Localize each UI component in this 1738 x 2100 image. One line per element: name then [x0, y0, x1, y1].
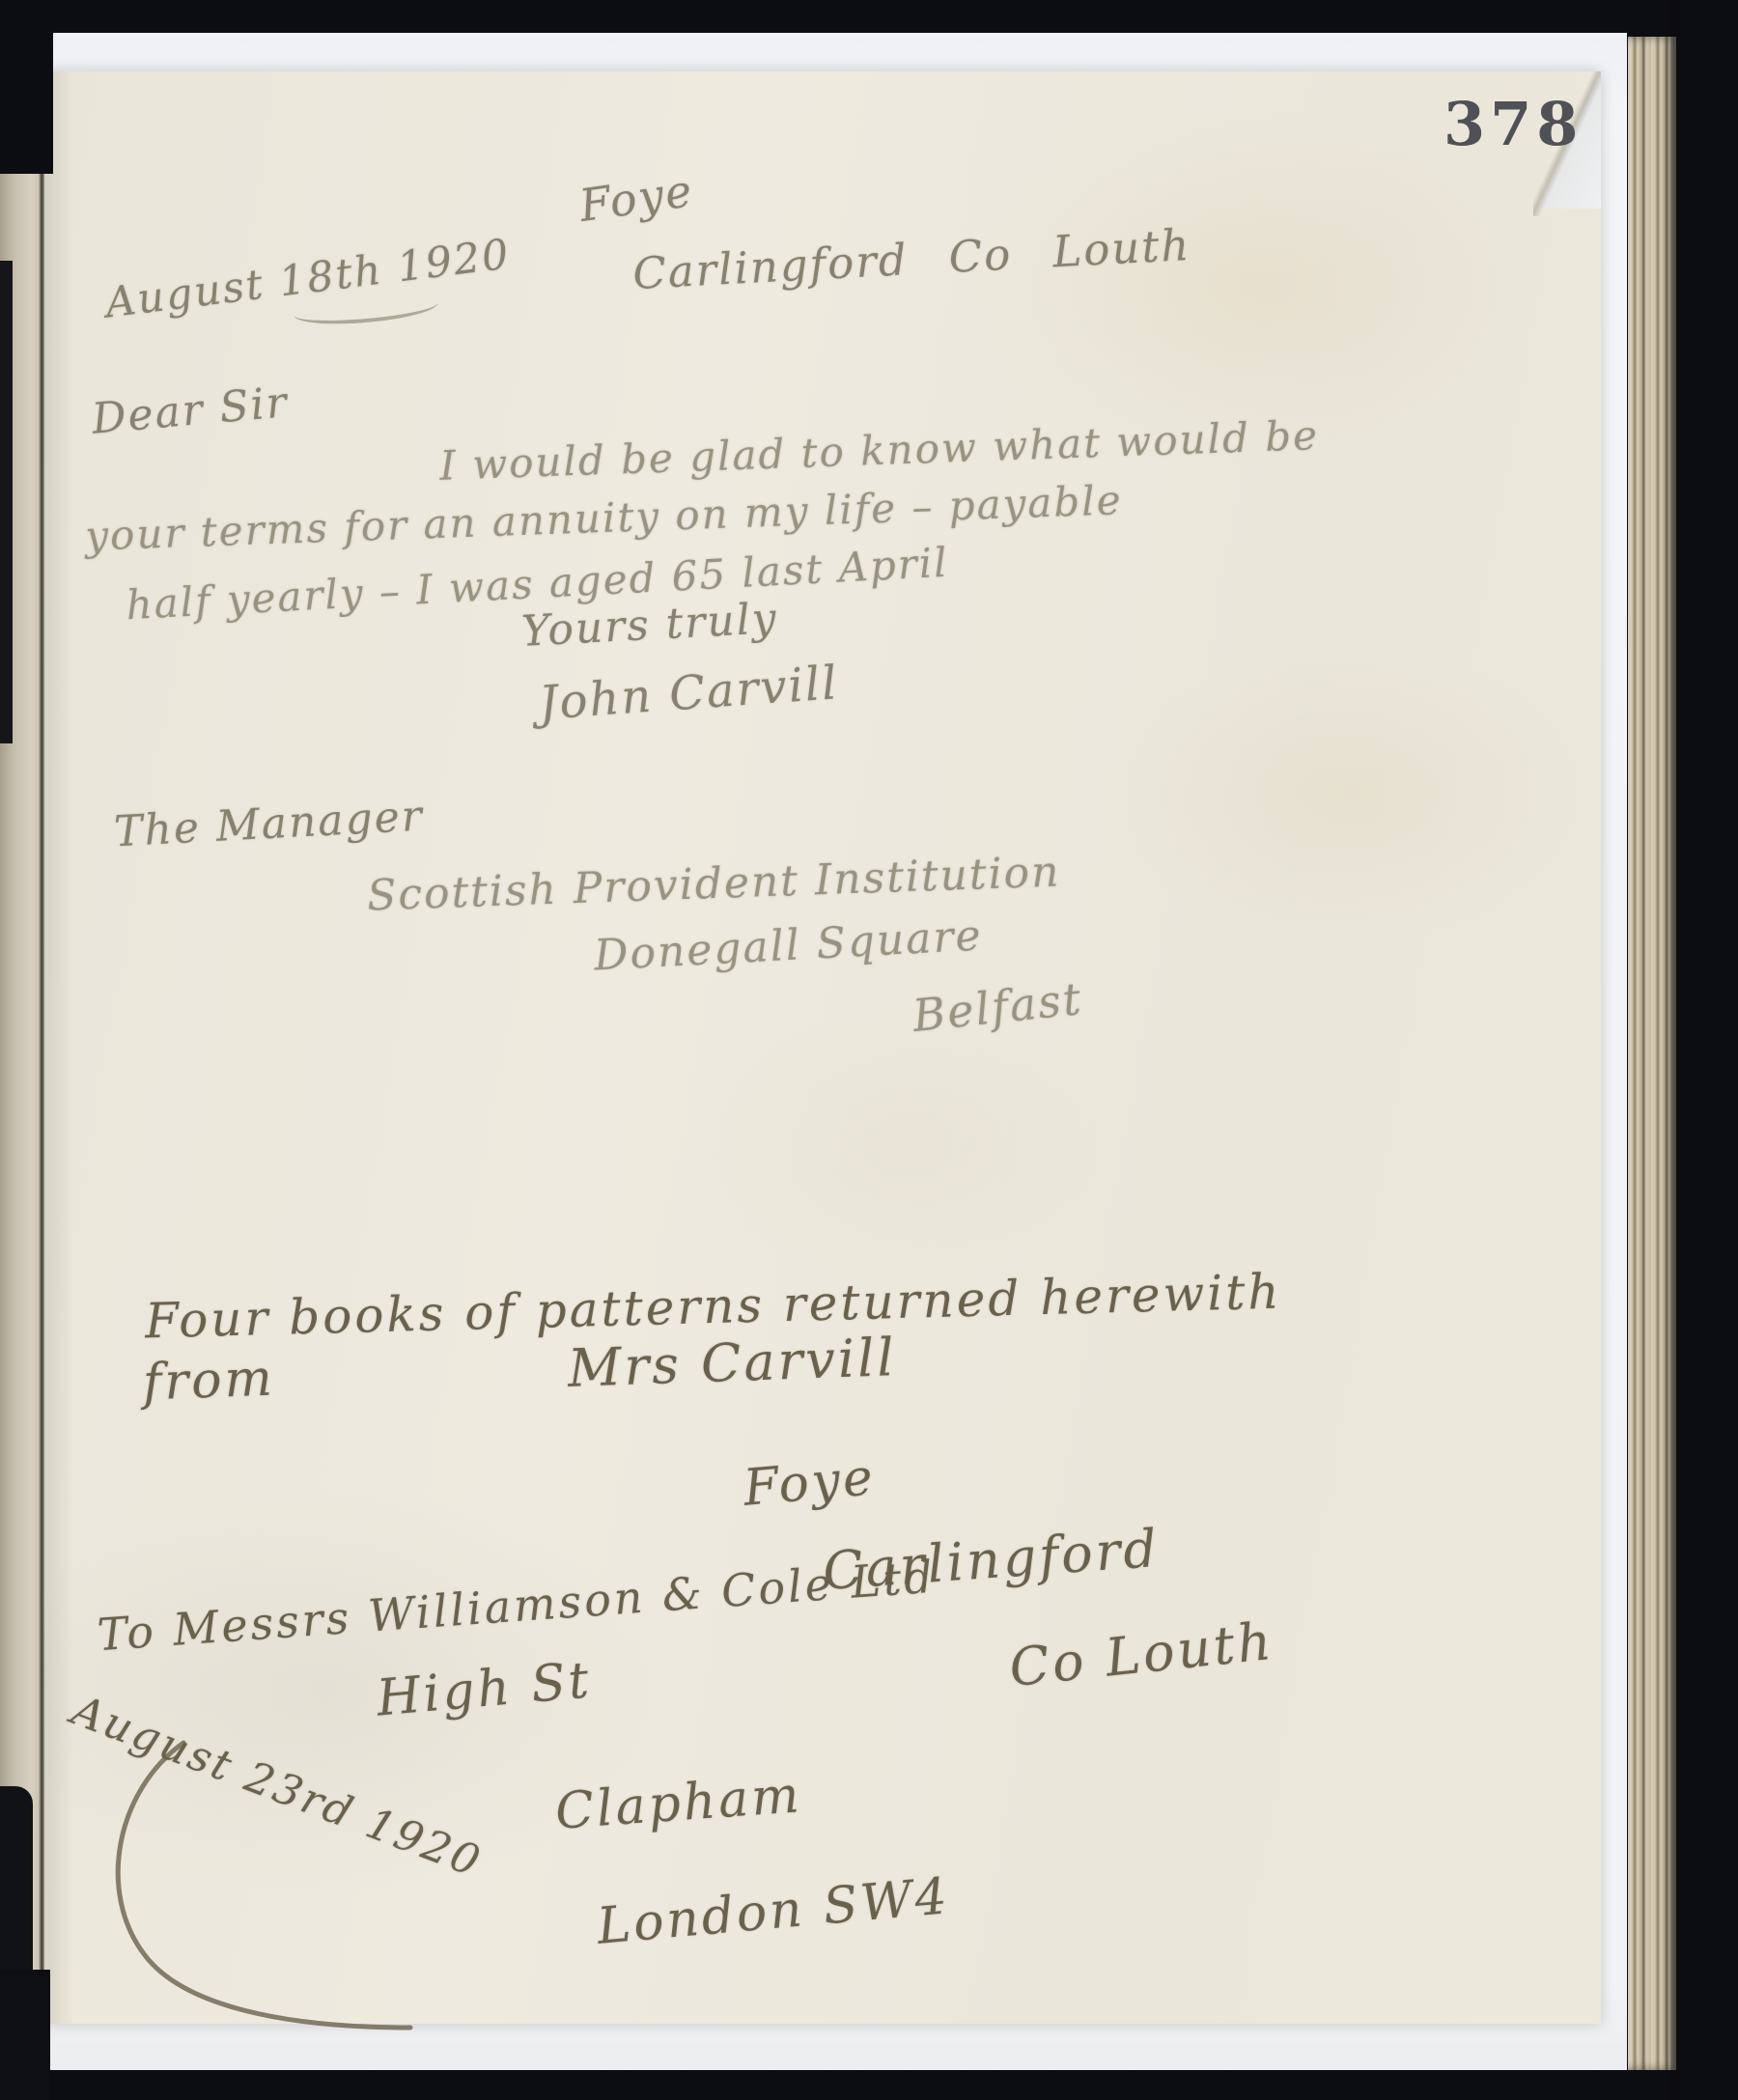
bottom-left-cover-corner [0, 1970, 50, 2100]
body-line1: I would be glad to know what would be [438, 411, 1319, 490]
note-sender-name: Mrs Carvill [567, 1327, 898, 1399]
page-number: 378 [1444, 89, 1583, 159]
recipient-line4: Belfast [911, 972, 1085, 1042]
right-cover-shadow [1670, 0, 1738, 2100]
pen-flourish [92, 1738, 497, 2037]
recipient-line2: Scottish Provident Institution [366, 847, 1061, 920]
recipient-line3: Donegall Square [593, 910, 984, 980]
top-left-cover-corner [0, 0, 53, 174]
note-addressee: To Messrs Williamson & Cole Ltd [96, 1551, 937, 1662]
letter-place-line1: Foye [576, 164, 697, 232]
note-from-word: from [142, 1350, 276, 1413]
note-sender-place3: Co Louth [1006, 1610, 1276, 1698]
note-street: High St [375, 1651, 594, 1727]
letterbook-scan: 378 Foye Carlingford Co Louth August 18t… [0, 0, 1738, 2100]
note-city: London SW4 [595, 1867, 952, 1956]
salutation: Dear Sir [90, 378, 290, 444]
note-sender-place1: Foye [742, 1448, 878, 1518]
letter-place-line2: Carlingford Co Louth [631, 219, 1192, 299]
recipient-line1: The Manager [113, 792, 425, 857]
body-line2: your terms for an annuity on my life – p… [84, 476, 1123, 559]
stacked-page-edges [1628, 37, 1676, 2070]
letterbook-page: 378 Foye Carlingford Co Louth August 18t… [44, 71, 1601, 2024]
signature: John Carvill [537, 656, 840, 731]
note-district: Clapham [553, 1766, 803, 1841]
left-edge-shadow [0, 261, 13, 743]
